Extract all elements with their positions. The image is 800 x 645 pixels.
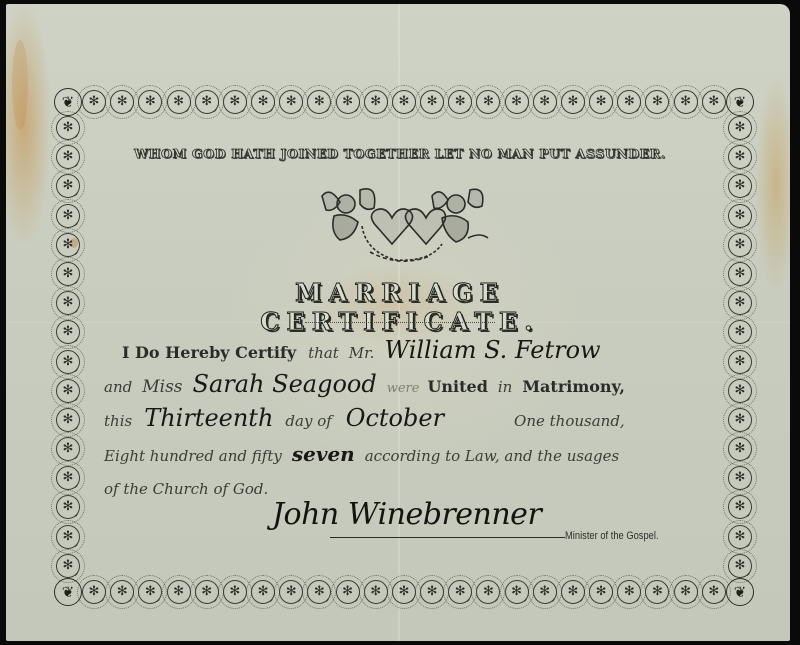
rosette-icon	[728, 495, 752, 519]
rosette-icon	[279, 90, 303, 114]
rosette-icon	[56, 408, 80, 432]
rosette-icon	[728, 291, 752, 315]
rosette-icon	[505, 580, 529, 604]
day-value: Thirteenth	[144, 404, 273, 432]
according-text: according to Law, and the usages	[365, 447, 620, 465]
rosette-icon	[448, 580, 472, 604]
cherubs-hearts-icon	[300, 182, 500, 272]
rosette-icon	[56, 320, 80, 344]
church-text: of the Church of God.	[104, 480, 268, 498]
rosette-icon	[728, 320, 752, 344]
rosette-icon	[279, 580, 303, 604]
border-top	[82, 82, 726, 122]
rosette-icon	[82, 90, 106, 114]
rosette-icon	[223, 580, 247, 604]
rosette-icon	[251, 580, 275, 604]
rosette-icon	[138, 90, 162, 114]
rosette-icon	[728, 350, 752, 374]
rosette-icon	[674, 580, 698, 604]
certify-text: I Do Hereby Certify	[122, 343, 296, 362]
rosette-icon	[56, 437, 80, 461]
that-text: that	[308, 344, 339, 362]
rosette-icon	[167, 90, 191, 114]
rosette-icon	[364, 90, 388, 114]
rosette-icon	[56, 145, 80, 169]
miss-prefix: Miss	[142, 377, 182, 397]
scripture-motto: WHOM GOD HATH JOINED TOGETHER LET NO MAN…	[98, 146, 702, 161]
rosette-icon	[645, 90, 669, 114]
year-start-text: One thousand,	[514, 412, 625, 430]
rosette-icon	[223, 90, 247, 114]
rosette-icon	[167, 580, 191, 604]
border-right	[720, 116, 760, 578]
year-end-value: seven	[292, 442, 355, 466]
united-text: United	[427, 377, 487, 396]
rosette-icon	[195, 90, 219, 114]
rosette-icon	[420, 580, 444, 604]
rosette-icon	[533, 90, 557, 114]
this-text: this	[104, 412, 132, 430]
groom-name: William S. Fetrow	[384, 336, 600, 364]
rosette-icon	[674, 90, 698, 114]
signature-line	[330, 537, 565, 538]
month-value: October	[346, 404, 444, 432]
border-bottom	[82, 572, 726, 612]
rosette-icon	[728, 437, 752, 461]
rosette-icon	[448, 90, 472, 114]
rosette-icon	[110, 580, 134, 604]
body-line-4: Eight hundred and fifty seven according …	[104, 442, 714, 474]
rosette-icon	[56, 204, 80, 228]
rosette-icon	[533, 580, 557, 604]
rosette-icon	[645, 580, 669, 604]
rosette-icon	[617, 580, 641, 604]
rosette-icon	[336, 580, 360, 604]
rosette-icon	[728, 262, 752, 286]
rosette-icon	[82, 580, 106, 604]
rosette-icon	[728, 525, 752, 549]
bride-name: Sarah Seagood	[193, 370, 377, 398]
rosette-icon	[56, 174, 80, 198]
rosette-icon	[392, 580, 416, 604]
rosette-icon	[307, 90, 331, 114]
rosette-icon	[56, 233, 80, 257]
minister-signature: John Winebrenner	[272, 497, 541, 532]
rosette-icon	[307, 580, 331, 604]
matrimony-text: Matrimony,	[522, 377, 625, 396]
rosette-icon	[561, 90, 585, 114]
minister-title: Minister of the Gospel.	[565, 530, 659, 542]
rosette-icon	[56, 350, 80, 374]
year-mid-text: Eight hundred and fifty	[104, 447, 282, 465]
rosette-icon	[728, 204, 752, 228]
rosette-icon	[476, 580, 500, 604]
rosette-icon	[56, 262, 80, 286]
rosette-icon	[56, 466, 80, 490]
rosette-icon	[420, 90, 444, 114]
rosette-icon	[138, 580, 162, 604]
rosette-icon	[364, 580, 388, 604]
body-line-3: this Thirteenth day of October One thous…	[104, 404, 714, 436]
body-line-1: I Do Hereby Certify that Mr. William S. …	[104, 336, 714, 368]
rosette-icon	[56, 291, 80, 315]
rosette-icon	[728, 554, 752, 578]
rosette-icon	[702, 580, 726, 604]
rosette-icon	[728, 233, 752, 257]
rosette-icon	[56, 116, 80, 140]
rosette-icon	[56, 379, 80, 403]
rosette-icon	[728, 379, 752, 403]
rosette-icon	[728, 116, 752, 140]
rosette-icon	[561, 580, 585, 604]
rosette-icon	[476, 90, 500, 114]
rosette-icon	[728, 145, 752, 169]
mr-prefix: Mr.	[349, 344, 375, 362]
rosette-icon	[56, 495, 80, 519]
rosette-icon	[728, 408, 752, 432]
rosette-icon	[336, 90, 360, 114]
rosette-icon	[251, 90, 275, 114]
rosette-icon	[56, 525, 80, 549]
rosette-icon	[589, 90, 613, 114]
edge-stain	[12, 40, 28, 130]
rosette-icon	[617, 90, 641, 114]
rosette-icon	[505, 90, 529, 114]
and-text: and	[104, 378, 132, 396]
in-text: in	[498, 378, 512, 396]
rosette-icon	[728, 174, 752, 198]
rosette-icon	[110, 90, 134, 114]
certificate-title: MARRIAGE CERTIFICATE.	[160, 278, 640, 336]
decorative-rule	[305, 322, 495, 323]
day-of-text: day of	[285, 412, 331, 430]
were-text: were	[387, 381, 420, 396]
border-left	[48, 116, 88, 578]
body-line-2: and Miss Sarah Seagood were United in Ma…	[104, 370, 714, 402]
rosette-icon	[589, 580, 613, 604]
rosette-icon	[728, 466, 752, 490]
rosette-icon	[702, 90, 726, 114]
rosette-icon	[195, 580, 219, 604]
rosette-icon	[392, 90, 416, 114]
rosette-icon	[56, 554, 80, 578]
